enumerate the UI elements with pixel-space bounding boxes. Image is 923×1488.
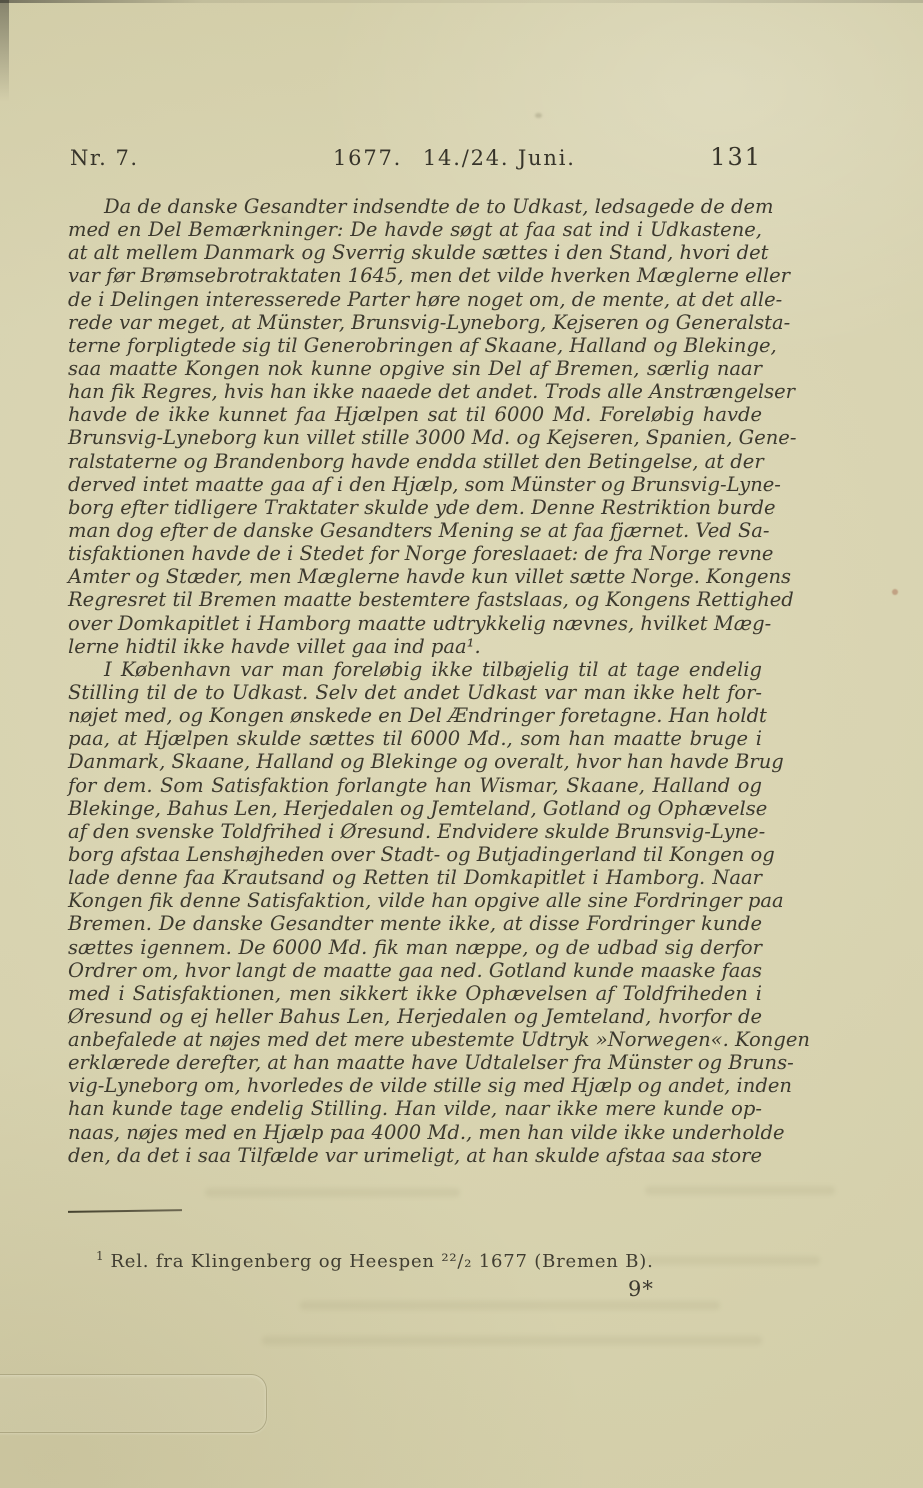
show-through-text-ghost xyxy=(300,1301,720,1310)
text-line: lade denne faa Krautsand og Retten til D… xyxy=(68,866,762,889)
footnote-divider xyxy=(68,1209,182,1213)
text-line: Da de danske Gesandter indsendte de to U… xyxy=(68,195,762,218)
text-line: at alt mellem Danmark og Sverrig skulde … xyxy=(68,241,762,264)
text-line: Danmark, Skaane, Halland og Blekinge og … xyxy=(68,750,762,773)
text-line: terne forpligtede sig til Generobringen … xyxy=(68,334,762,357)
signature-mark: 9* xyxy=(628,1277,654,1301)
text-line: Bremen. De danske Gesandter mente ikke, … xyxy=(68,912,762,935)
text-line: borg efter tidligere Traktater skulde yd… xyxy=(68,496,762,519)
text-line: tisfaktionen havde de i Stedet for Norge… xyxy=(68,542,762,565)
embossed-strip-impression xyxy=(0,1374,267,1433)
show-through-text-ghost xyxy=(262,1336,762,1345)
text-line: havde de ikke kunnet faa Hjælpen sat til… xyxy=(68,403,762,426)
footnote-text: Rel. fra Klingenberg og Heespen ²²/₂ 167… xyxy=(110,1251,653,1272)
show-through-text-ghost xyxy=(645,1256,820,1265)
text-line: rede var meget, at Münster, Brunsvig-Lyn… xyxy=(68,311,762,334)
page-header: Nr. 7. 1677. 14./24. Juni. 131 xyxy=(68,146,762,174)
text-line: anbefalede at nøjes med det mere ubestem… xyxy=(68,1028,762,1051)
footnote-marker: 1 xyxy=(96,1249,104,1263)
binding-corner-shadow xyxy=(0,0,9,120)
text-line: med i Satisfaktionen, men sikkert ikke O… xyxy=(68,982,762,1005)
book-page-scan: Nr. 7. 1677. 14./24. Juni. 131 Da de dan… xyxy=(0,0,923,1488)
text-line: han kunde tage endelig Stilling. Han vil… xyxy=(68,1097,762,1120)
text-line: Stilling til de to Udkast. Selv det ande… xyxy=(68,681,762,704)
entry-number: Nr. 7. xyxy=(70,146,139,170)
text-line: naas, nøjes med en Hjælp paa 4000 Md., m… xyxy=(68,1121,762,1144)
text-line: Øresund og ej heller Bahus Len, Herjedal… xyxy=(68,1005,762,1028)
text-line: af den svenske Toldfrihed i Øresund. End… xyxy=(68,820,762,843)
text-line: Blekinge, Bahus Len, Herjedalen og Jemte… xyxy=(68,797,762,820)
page-number: 131 xyxy=(710,143,762,171)
paper-speck xyxy=(535,113,542,118)
text-line: den, da det i saa Tilfælde var urimeligt… xyxy=(68,1144,762,1167)
scan-top-edge-shadow xyxy=(0,0,923,3)
text-line: ralstaterne og Brandenborg havde endda s… xyxy=(68,450,762,473)
text-line: over Domkapitlet i Hamborg maatte udtryk… xyxy=(68,612,762,635)
footnote: 1Rel. fra Klingenberg og Heespen ²²/₂ 16… xyxy=(96,1249,654,1272)
text-line: nøjet med, og Kongen ønskede en Del Ændr… xyxy=(68,704,762,727)
date-heading: 1677. 14./24. Juni. xyxy=(333,146,576,170)
text-line: erklærede derefter, at han maatte have U… xyxy=(68,1051,762,1074)
paper-speck xyxy=(892,589,898,595)
text-line: I København var man foreløbig ikke tilbø… xyxy=(68,658,762,681)
text-line: var før Brømsebrotraktaten 1645, men det… xyxy=(68,264,762,287)
body-text: Da de danske Gesandter indsendte de to U… xyxy=(68,195,762,1167)
text-line: de i Delingen interesserede Parter høre … xyxy=(68,288,762,311)
text-line: sættes igennem. De 6000 Md. fik man næpp… xyxy=(68,936,762,959)
paragraph: Da de danske Gesandter indsendte de to U… xyxy=(68,195,762,658)
text-line: lerne hidtil ikke havde villet gaa ind p… xyxy=(68,635,762,658)
text-line: Kongen fik denne Satisfaktion, vilde han… xyxy=(68,889,762,912)
text-line: borg afstaa Lenshøjheden over Stadt- og … xyxy=(68,843,762,866)
text-line: Regresret til Bremen maatte bestemtere f… xyxy=(68,588,762,611)
show-through-text-ghost xyxy=(205,1188,460,1197)
text-line: Ordrer om, hvor langt de maatte gaa ned.… xyxy=(68,959,762,982)
text-line: man dog efter de danske Gesandters Menin… xyxy=(68,519,762,542)
show-through-text-ghost xyxy=(645,1186,835,1195)
text-line: derved intet maatte gaa af i den Hjælp, … xyxy=(68,473,762,496)
text-line: med en Del Bemærkninger: De havde søgt a… xyxy=(68,218,762,241)
text-line: han fik Regres, hvis han ikke naaede det… xyxy=(68,380,762,403)
text-line: Brunsvig-Lyneborg kun villet stille 3000… xyxy=(68,426,762,449)
text-line: for dem. Som Satisfaktion forlangte han … xyxy=(68,774,762,797)
text-line: Amter og Stæder, men Mæglerne havde kun … xyxy=(68,565,762,588)
text-line: saa maatte Kongen nok kunne opgive sin D… xyxy=(68,357,762,380)
paper-speck xyxy=(280,216,288,222)
text-line: vig-Lyneborg om, hvorledes de vilde stil… xyxy=(68,1074,762,1097)
paragraph: I København var man foreløbig ikke tilbø… xyxy=(68,658,762,1167)
text-line: paa, at Hjælpen skulde sættes til 6000 M… xyxy=(68,727,762,750)
